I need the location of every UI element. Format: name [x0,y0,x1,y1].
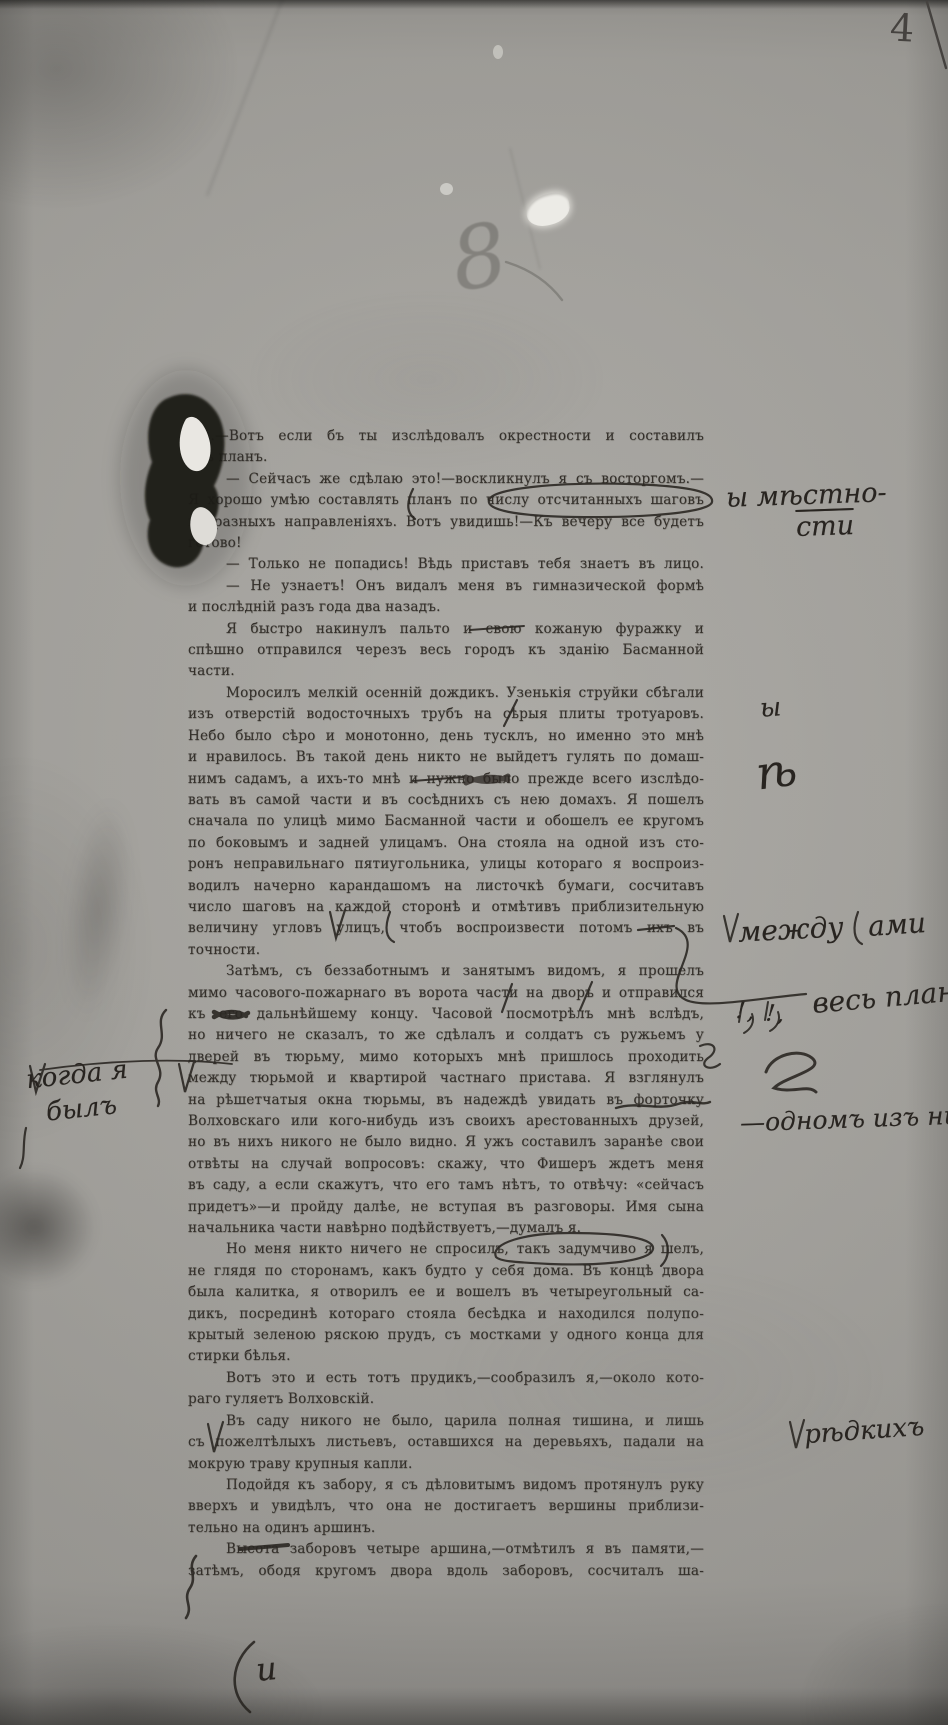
paren-bottom [235,1642,254,1712]
typescript-line: — Только не попадись! Вѣдь приставъ тебя… [188,554,704,575]
typescript-line: ронъ неправильнаго пятиугольника, улицы … [188,854,704,875]
typescript-line: Я хорошо умѣю составлять планъ по числу … [188,490,704,511]
typescript-line: раго гуляетъ Волховскій. [188,1389,704,1410]
typescript-line: и нравилось. Въ такой день никто не выйд… [188,747,704,768]
typescript-line: — Не узнаетъ! Онъ видалъ меня въ гимнази… [188,576,704,597]
typescript-paragraph: — Сейчасъ же сдѣлаю это!—воскликнулъ я с… [188,469,704,555]
typescript-line: Подойдя къ забору, я съ дѣловитымъ видом… [188,1475,704,1496]
caret-kogda [30,1064,45,1092]
flourish-left-margin [156,1010,166,1106]
typescript-line: вверхъ и увидѣлъ, что она не достигаетъ … [188,1496,704,1517]
pencil-tail [506,262,562,300]
typescript-line: ихъ планъ. [188,447,704,468]
typescript-line: въ саду, а если скажутъ, что его тамъ нѣ… [188,1175,704,1196]
typescript-line: точности. [188,940,704,961]
typescript-line: Моросилъ мелкій осенній дождикъ. Узенькі… [188,683,704,704]
typescript-line: но ничего не сказалъ, то же сдѣлалъ и со… [188,1025,704,1046]
typescript-line: водилъ начерно карандашомъ на листочкѣ б… [188,876,704,897]
typescript-line: по боковымъ и задней улицамъ. Она стояла… [188,833,704,854]
typescript-line: не глядя по сторонамъ, какъ будто у себя… [188,1261,704,1282]
typescript-paragraph: Затѣмъ, съ беззаботнымъ и занятымъ видом… [188,961,704,1239]
typescript-line: съ пожелтѣлыхъ листьевъ, оставшихся на д… [188,1432,704,1453]
typescript-line: но въ нихъ никого не было видно. Я ужъ с… [188,1132,704,1153]
typescript-line: сначала по улицѣ мимо Басманной части и … [188,811,704,832]
typescript-paragraph: кій.—Вотъ если бъ ты изслѣдовалъ окрестн… [188,426,704,469]
typescript-text: кій.—Вотъ если бъ ты изслѣдовалъ окрестн… [188,426,704,1582]
typescript-line: дверей въ тюрьму, мимо которыхъ мнѣ приш… [188,1047,704,1068]
margin-note-byl: былъ [45,1090,119,1127]
typescript-line: части. [188,661,704,682]
typescript-paragraph: Вотъ это и есть тотъ прудикъ,—сообразилъ… [188,1368,704,1411]
typescript-line: и послѣдній разъ года два назадъ. [188,597,704,618]
typescript-line: стирки бѣлья. [188,1346,704,1367]
margin-note-mestnosti-2: сти [795,510,854,543]
typescript-line: вать въ самой части и въ сосѣднихъ съ не… [188,790,704,811]
typescript-line: была калитка, я отворилъ ее и вошелъ въ … [188,1282,704,1303]
paper-crease [206,0,286,196]
typescript-line: нимъ садамъ, а ихъ-то мнѣ и нужно было п… [188,769,704,790]
typescript-line: мимо часового-пожарнаго въ ворота части … [188,983,704,1004]
typescript-line: отвѣты на случай вопросовъ: скажу, что Ф… [188,1154,704,1175]
margin-note-comma-inserts: !, !, [735,998,787,1028]
typescript-line: изъ отверстій водосточныхъ трубъ на сѣры… [188,704,704,725]
typescript-line: Небо было сѣро и монотонно, день тусклъ,… [188,726,704,747]
typescript-line: — Сейчасъ же сдѣлаю это!—воскликнулъ я с… [188,469,704,490]
typescript-line: Затѣмъ, съ беззаботнымъ и занятымъ видом… [188,961,704,982]
margin-note-y: ы [759,692,782,723]
typescript-paragraph: Моросилъ мелкій осенній дождикъ. Узенькі… [188,683,704,961]
pencil-mark: 8 [444,204,515,312]
paper-tear-white-spot [523,190,572,229]
typescript-line: Волховскаго или кого-нибудь изъ своихъ а… [188,1111,704,1132]
typescript-paragraph: Въ саду никого не было, царила полная ти… [188,1411,704,1475]
tail-byl [20,1128,26,1168]
margin-note-odnom-iz-nikh: —одномъ изъ нихъ [740,1100,948,1138]
margin-note-ves-plan: весь планъ [811,973,948,1020]
paper-tear-white-spot [493,45,503,59]
margin-note-redkikh: рѣдкихъ [803,1412,925,1450]
comma-inserts [739,1002,779,1033]
manuscript-page: кій.—Вотъ если бъ ты изслѣдовалъ окрестн… [0,0,948,1725]
page-number: 4 [889,5,915,50]
caret-mezhdu-margin [724,914,738,942]
page-number-slash [927,2,946,68]
typescript-line: Но меня никто ничего не спросилъ, такъ з… [188,1239,704,1260]
typescript-line: на рѣшетчатыя окна тюрьмы, въ надеждѣ ув… [188,1090,704,1111]
typescript-line: кій.—Вотъ если бъ ты изслѣдовалъ окрестн… [188,426,704,447]
margin-note-mestnosti-1: ы мѣстно- [726,477,888,514]
typescript-line: Высота заборовъ четыре аршина,—отмѣтилъ … [188,1539,704,1560]
typescript-paragraph: Но меня никто ничего не спросилъ, такъ з… [188,1239,704,1367]
typescript-line: начальника части навѣрно подѣйствуетъ,—д… [188,1218,704,1239]
margin-note-i: и [254,1649,278,1689]
caret-ami-margin [855,912,862,944]
paper-tear-white-spot [440,183,453,195]
typescript-line: мокрую траву крупныя капли. [188,1454,704,1475]
typescript-paragraph: Подойдя къ забору, я съ дѣловитымъ видом… [188,1475,704,1539]
typescript-paragraph: Я быстро накинулъ пальто и свою кожаную … [188,619,704,683]
typescript-line: Въ саду никого не было, царила полная ти… [188,1411,704,1432]
typescript-line: готово! [188,533,704,554]
typescript-paragraph: — Не узнаетъ! Онъ видалъ меня въ гимнази… [188,576,704,619]
margin-note-yat: ѣ [752,741,800,800]
typescript-line: Я быстро накинулъ пальто и свою кожаную … [188,619,704,640]
caret-redkikh-margin [790,1420,804,1448]
typescript-line: въ разныхъ направленіяхъ. Вотъ увидишь!—… [188,512,704,533]
typescript-paragraph: Высота заборовъ четыре аршина,—отмѣтилъ … [188,1539,704,1582]
margin-note-ami: ами [867,906,927,943]
typescript-line: дикъ, посрединѣ котораго стояла бесѣдка … [188,1304,704,1325]
margin-note-mezhdu: между [737,910,844,948]
typescript-line: къ его дальнѣйшему концу. Часовой посмот… [188,1004,704,1025]
paper-stain-left [53,797,143,1023]
typescript-line: затѣмъ, ободя кругомъ двора вдоль заборо… [188,1561,704,1582]
typescript-paragraph: — Только не попадись! Вѣдь приставъ тебя… [188,554,704,575]
paper-crease [509,148,541,270]
typescript-line: крытый зеленою ряскою прудъ, съ мостками… [188,1325,704,1346]
margin-note-kogda-ya: когда я [25,1055,129,1095]
paper-stain-bottom-left [0,1168,97,1286]
scribble-margin [766,1053,816,1092]
typescript-line: Вотъ это и есть тотъ прудикъ,—сообразилъ… [188,1368,704,1389]
typescript-line: придетъ»—и пройду далѣе, не вступая въ р… [188,1197,704,1218]
typescript-line: между тюрьмой и квартирой частнаго прист… [188,1068,704,1089]
typescript-line: спѣшно отправился черезъ весь городъ къ … [188,640,704,661]
typescript-line: величину угловъ улицъ, чтобъ воспроизвес… [188,918,704,939]
typescript-line: тельно на одинъ аршинъ. [188,1518,704,1539]
typescript-line: число шаговъ на каждой сторонѣ и отмѣтив… [188,897,704,918]
